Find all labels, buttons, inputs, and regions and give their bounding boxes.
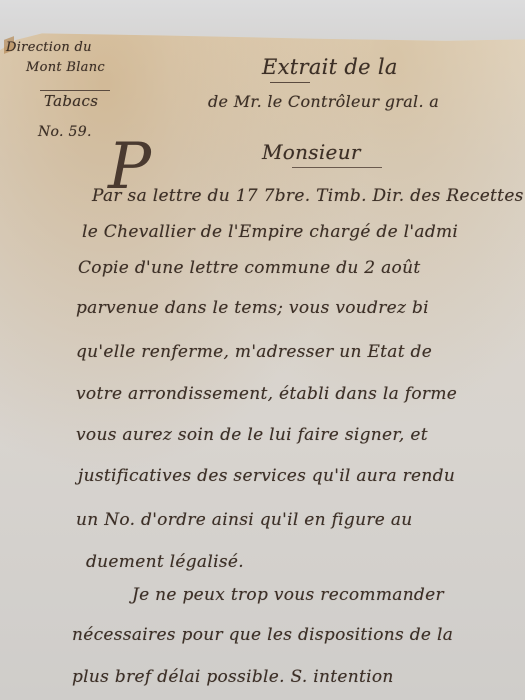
heading-flourish — [270, 82, 310, 83]
body-line-3: Copie d'une lettre commune du 2 août — [78, 258, 420, 278]
body-line-5: qu'elle renferme, m'adresser un Etat de — [76, 342, 432, 362]
body-line-10: duement légalisé. — [86, 552, 244, 572]
body-line-6: votre arrondissement, établi dans la for… — [76, 384, 457, 404]
body-line-13: plus bref délai possible. S. intention — [72, 667, 394, 687]
body-line-12: nécessaires pour que les dispositions de… — [72, 625, 453, 645]
body-line-2: le Chevallier de l'Empire chargé de l'ad… — [82, 222, 458, 242]
heading-line-2: de Mr. le Contrôleur gral. a — [208, 92, 439, 111]
body-line-8: justificatives des services qu'il aura r… — [78, 466, 455, 486]
body-line-4: parvenue dans le tems; vous voudrez bi — [76, 298, 429, 318]
margin-note-line-3: Tabacs — [44, 92, 98, 110]
margin-note-line-2: Mont Blanc — [26, 60, 105, 75]
body-line-9: un No. d'ordre ainsi qu'il en figure au — [76, 510, 413, 530]
heading-line-1: Extrait de la — [262, 55, 398, 79]
salutation: Monsieur — [262, 140, 361, 164]
salutation-underline — [292, 167, 382, 168]
margin-note-line-4: No. 59. — [38, 124, 92, 140]
margin-note-rule — [40, 90, 110, 91]
body-line-11: Je ne peux trop vous recommander — [132, 585, 444, 605]
margin-note-line-1: Direction du — [6, 40, 92, 55]
body-line-7: vous aurez soin de le lui faire signer, … — [76, 425, 428, 445]
body-line-1: Par sa lettre du 17 7bre. Timb. Dir. des… — [92, 186, 524, 206]
